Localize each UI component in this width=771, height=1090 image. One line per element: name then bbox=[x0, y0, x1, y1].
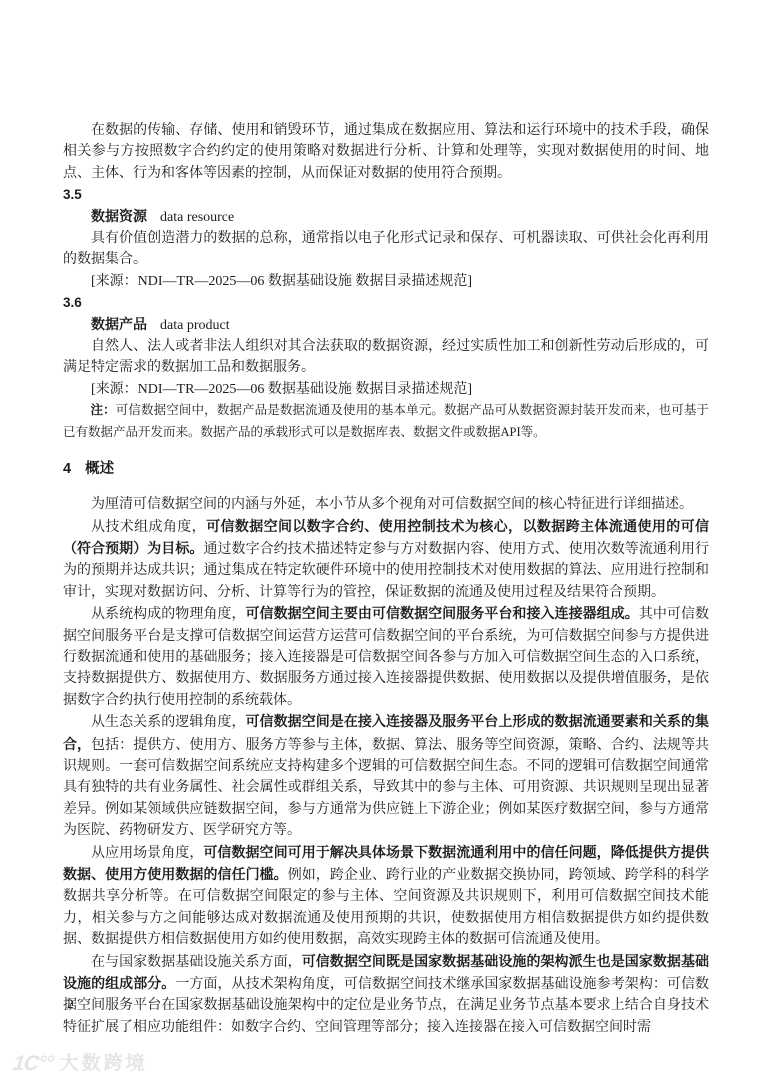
watermark-logo-icon: 1C°° bbox=[11, 1052, 54, 1076]
watermark: 1C°° 大数跨境 bbox=[13, 1052, 148, 1076]
paragraph-application-view: 从应用场景角度，可信数据空间可用于解决具体场景下数据流通利用中的信任问题，降低提… bbox=[63, 842, 709, 951]
page-body: 在数据的传输、存储、使用和销毁环节，通过集成在数据应用、算法和运行环境中的技术手… bbox=[63, 120, 709, 1038]
text-run: 其中可信数据空间服务平台是支撑可信数据空间运营方运营可信数据空间的平台系统，为可… bbox=[63, 607, 709, 708]
clause-number-3-6: 3.6 bbox=[63, 292, 709, 313]
term-definition-3-5: 具有价值创造潜力的数据的总称，通常指以电子化形式记录和保存、可机器读取、可供社会… bbox=[63, 228, 709, 271]
term-source-3-6: [来源：NDI—TR—2025—06 数据基础设施 数据目录描述规范] bbox=[63, 379, 709, 400]
term-definition-3-6: 自然人、法人或者非法人组织对其合法获取的数据资源，经过实质性加工和创新性劳动后形… bbox=[63, 336, 709, 379]
paragraph-physical-view: 从系统构成的物理角度，可信数据空间主要由可信数据空间服务平台和接入连接器组成。其… bbox=[63, 603, 709, 711]
term-name-cn: 数据资源 bbox=[91, 208, 147, 224]
bold-text-run: 可信数据空间主要由可信数据空间服务平台和接入连接器组成。 bbox=[246, 605, 639, 621]
paragraph-technical-view: 从技术组成角度，可信数据空间以数字合约、使用控制技术为核心，以数据跨主体流通使用… bbox=[63, 516, 709, 604]
term-note-3-6: 注：可信数据空间中，数据产品是数据流通及使用的基本单元。数据产品可从数据资源封装… bbox=[63, 400, 709, 443]
paragraph-3-4-continuation: 在数据的传输、存储、使用和销毁环节，通过集成在数据应用、算法和运行环境中的技术手… bbox=[63, 120, 709, 184]
term-name-en: data resource bbox=[160, 210, 234, 225]
watermark-brand-text: 大数跨境 bbox=[60, 1052, 148, 1076]
text-run: 从系统构成的物理角度， bbox=[91, 607, 246, 622]
term-entry-3-6: 数据产品data product bbox=[63, 314, 709, 336]
term-source-3-5: [来源：NDI—TR—2025—06 数据基础设施 数据目录描述规范] bbox=[63, 271, 709, 292]
section-4-heading: 4概述 bbox=[63, 458, 709, 480]
note-text: 可信数据空间中，数据产品是数据流通及使用的基本单元。数据产品可从数据资源封装开发… bbox=[63, 403, 709, 438]
page-number: 2 bbox=[67, 995, 74, 1013]
term-entry-3-5: 数据资源data resource bbox=[63, 206, 709, 228]
term-name-en: data product bbox=[160, 318, 230, 333]
term-name-cn: 数据产品 bbox=[91, 316, 147, 332]
text-run: 包括：提供方、使用方、服务方等参与主体，数据、算法、服务等空间资源，策略、合约、… bbox=[63, 738, 709, 839]
text-run: 在与国家数据基础设施关系方面， bbox=[91, 955, 302, 970]
section-number: 4 bbox=[63, 461, 71, 477]
text-run: 从技术组成角度， bbox=[91, 520, 206, 535]
paragraph-logical-view: 从生态关系的逻辑角度，可信数据空间是在接入连接器及服务平台上形成的数据流通要素和… bbox=[63, 711, 709, 841]
note-label: 注： bbox=[91, 403, 116, 417]
document-page: 在数据的传输、存储、使用和销毁环节，通过集成在数据应用、算法和运行环境中的技术手… bbox=[0, 0, 771, 1090]
paragraph-ndi-relation: 在与国家数据基础设施关系方面，可信数据空间既是国家数据基础设施的架构派生也是国家… bbox=[63, 951, 709, 1039]
clause-number-3-5: 3.5 bbox=[63, 184, 709, 205]
text-run: 从生态关系的逻辑角度， bbox=[91, 715, 246, 730]
text-run: 从应用场景角度， bbox=[91, 846, 203, 861]
section-title: 概述 bbox=[85, 461, 114, 477]
paragraph-overview-intro: 为厘清可信数据空间的内涵与外延，本小节从多个视角对可信数据空间的核心特征进行详细… bbox=[63, 494, 709, 515]
